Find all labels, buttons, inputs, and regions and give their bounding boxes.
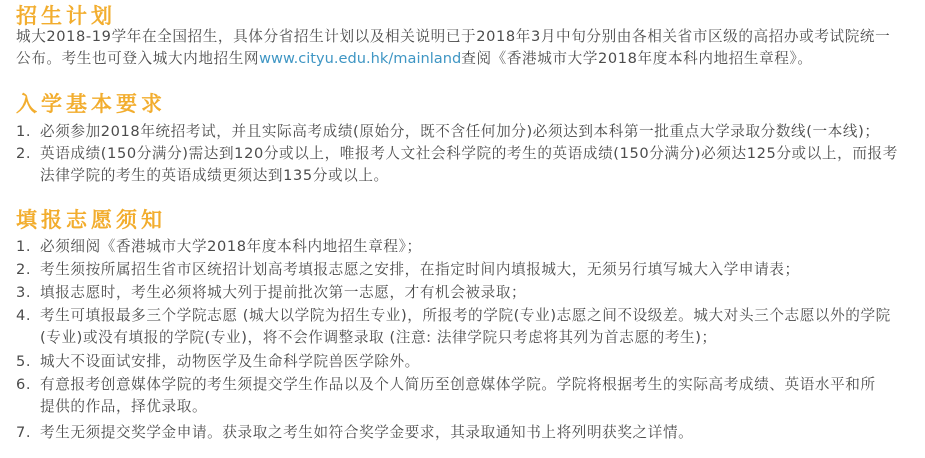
mainland-admissions-link[interactable]: www.cityu.edu.hk/mainland [259,50,461,67]
item-text: 填报志愿时，考生必须将城大列于提前批次第一志愿，才有机会被录取； [40,282,526,304]
enrollment-plan-paragraph: 城大2018-19学年在全国招生，具体分省招生计划以及相关说明已于2018年3月… [16,26,890,70]
enrollment-plan-line-2: 公布。考生也可登入城大内地招生网www.cityu.edu.hk/mainlan… [16,48,890,70]
item-number: 6. [16,374,40,396]
application-note-item-2: 2.考生须按所属招生省市区统招计划高考填报志愿之安排，在指定时间内填报城大，无须… [16,259,800,281]
item-text: 城大不设面试安排，动物医学及生命科学院兽医学除外。 [40,351,420,373]
enrollment-plan-line-1: 城大2018-19学年在全国招生，具体分省招生计划以及相关说明已于2018年3月… [16,26,890,48]
application-note-item-1: 1.必须细阅《香港城市大学2018年度本科内地招生章程》； [16,236,422,258]
application-note-item-6: 6.有意报考创意媒体学院的考生须提交学生作品以及个人简历至创意媒体学院。学院将根… [16,374,876,418]
item-number: 2. [16,259,40,281]
item-number: 7. [16,422,40,444]
item-text: 必须参加2018年统招考试，并且实际高考成绩(原始分，既不含任何加分)必须达到本… [40,121,880,143]
item-text-continued: (专业)或没有填报的学院(专业)，将不会作调整录取 (注意: 法律学院只考虑将其… [40,327,891,349]
requirement-item-2: 2.英语成绩(150分满分)需达到120分或以上，唯报考人文社会科学院的考生的英… [16,143,898,187]
section-title-basic-requirements: 入学基本要求 [16,91,166,117]
item-text: 考生须按所属招生省市区统招计划高考填报志愿之安排，在指定时间内填报城大，无须另行… [40,259,800,281]
item-text: 必须细阅《香港城市大学2018年度本科内地招生章程》； [40,236,422,258]
item-number: 1. [16,236,40,258]
application-note-item-7: 7.考生无须提交奖学金申请。获录取之考生如符合奖学金要求，其录取通知书上将列明获… [16,422,693,444]
item-text-continued: 提供的作品，择优录取。 [40,396,876,418]
item-number: 4. [16,305,40,327]
item-text-continued: 法律学院的考生的英语成绩更须达到135分或以上。 [40,165,898,187]
application-note-item-4: 4.考生可填报最多三个学院志愿 (城大以学院为招生专业)，所报考的学院(专业)志… [16,305,891,349]
section-title-application-notes: 填报志愿须知 [16,207,166,233]
enrollment-plan-text-after-link: 查阅《香港城市大学2018年度本科内地招生章程》。 [461,50,812,67]
application-note-item-3: 3.填报志愿时，考生必须将城大列于提前批次第一志愿，才有机会被录取； [16,282,526,304]
item-text: 考生可填报最多三个学院志愿 (城大以学院为招生专业)，所报考的学院(专业)志愿之… [40,305,891,327]
enrollment-plan-text-before-link: 公布。考生也可登入城大内地招生网 [16,50,259,67]
requirement-item-1: 1.必须参加2018年统招考试，并且实际高考成绩(原始分，既不含任何加分)必须达… [16,121,880,143]
item-text: 英语成绩(150分满分)需达到120分或以上，唯报考人文社会科学院的考生的英语成… [40,143,898,165]
item-number: 3. [16,282,40,304]
item-number: 1. [16,121,40,143]
item-text: 考生无须提交奖学金申请。获录取之考生如符合奖学金要求，其录取通知书上将列明获奖之… [40,422,693,444]
item-text: 有意报考创意媒体学院的考生须提交学生作品以及个人简历至创意媒体学院。学院将根据考… [40,374,876,396]
application-note-item-5: 5.城大不设面试安排，动物医学及生命科学院兽医学除外。 [16,351,420,373]
admissions-document: 招生计划 城大2018-19学年在全国招生，具体分省招生计划以及相关说明已于20… [0,0,925,458]
item-number: 5. [16,351,40,373]
item-number: 2. [16,143,40,165]
